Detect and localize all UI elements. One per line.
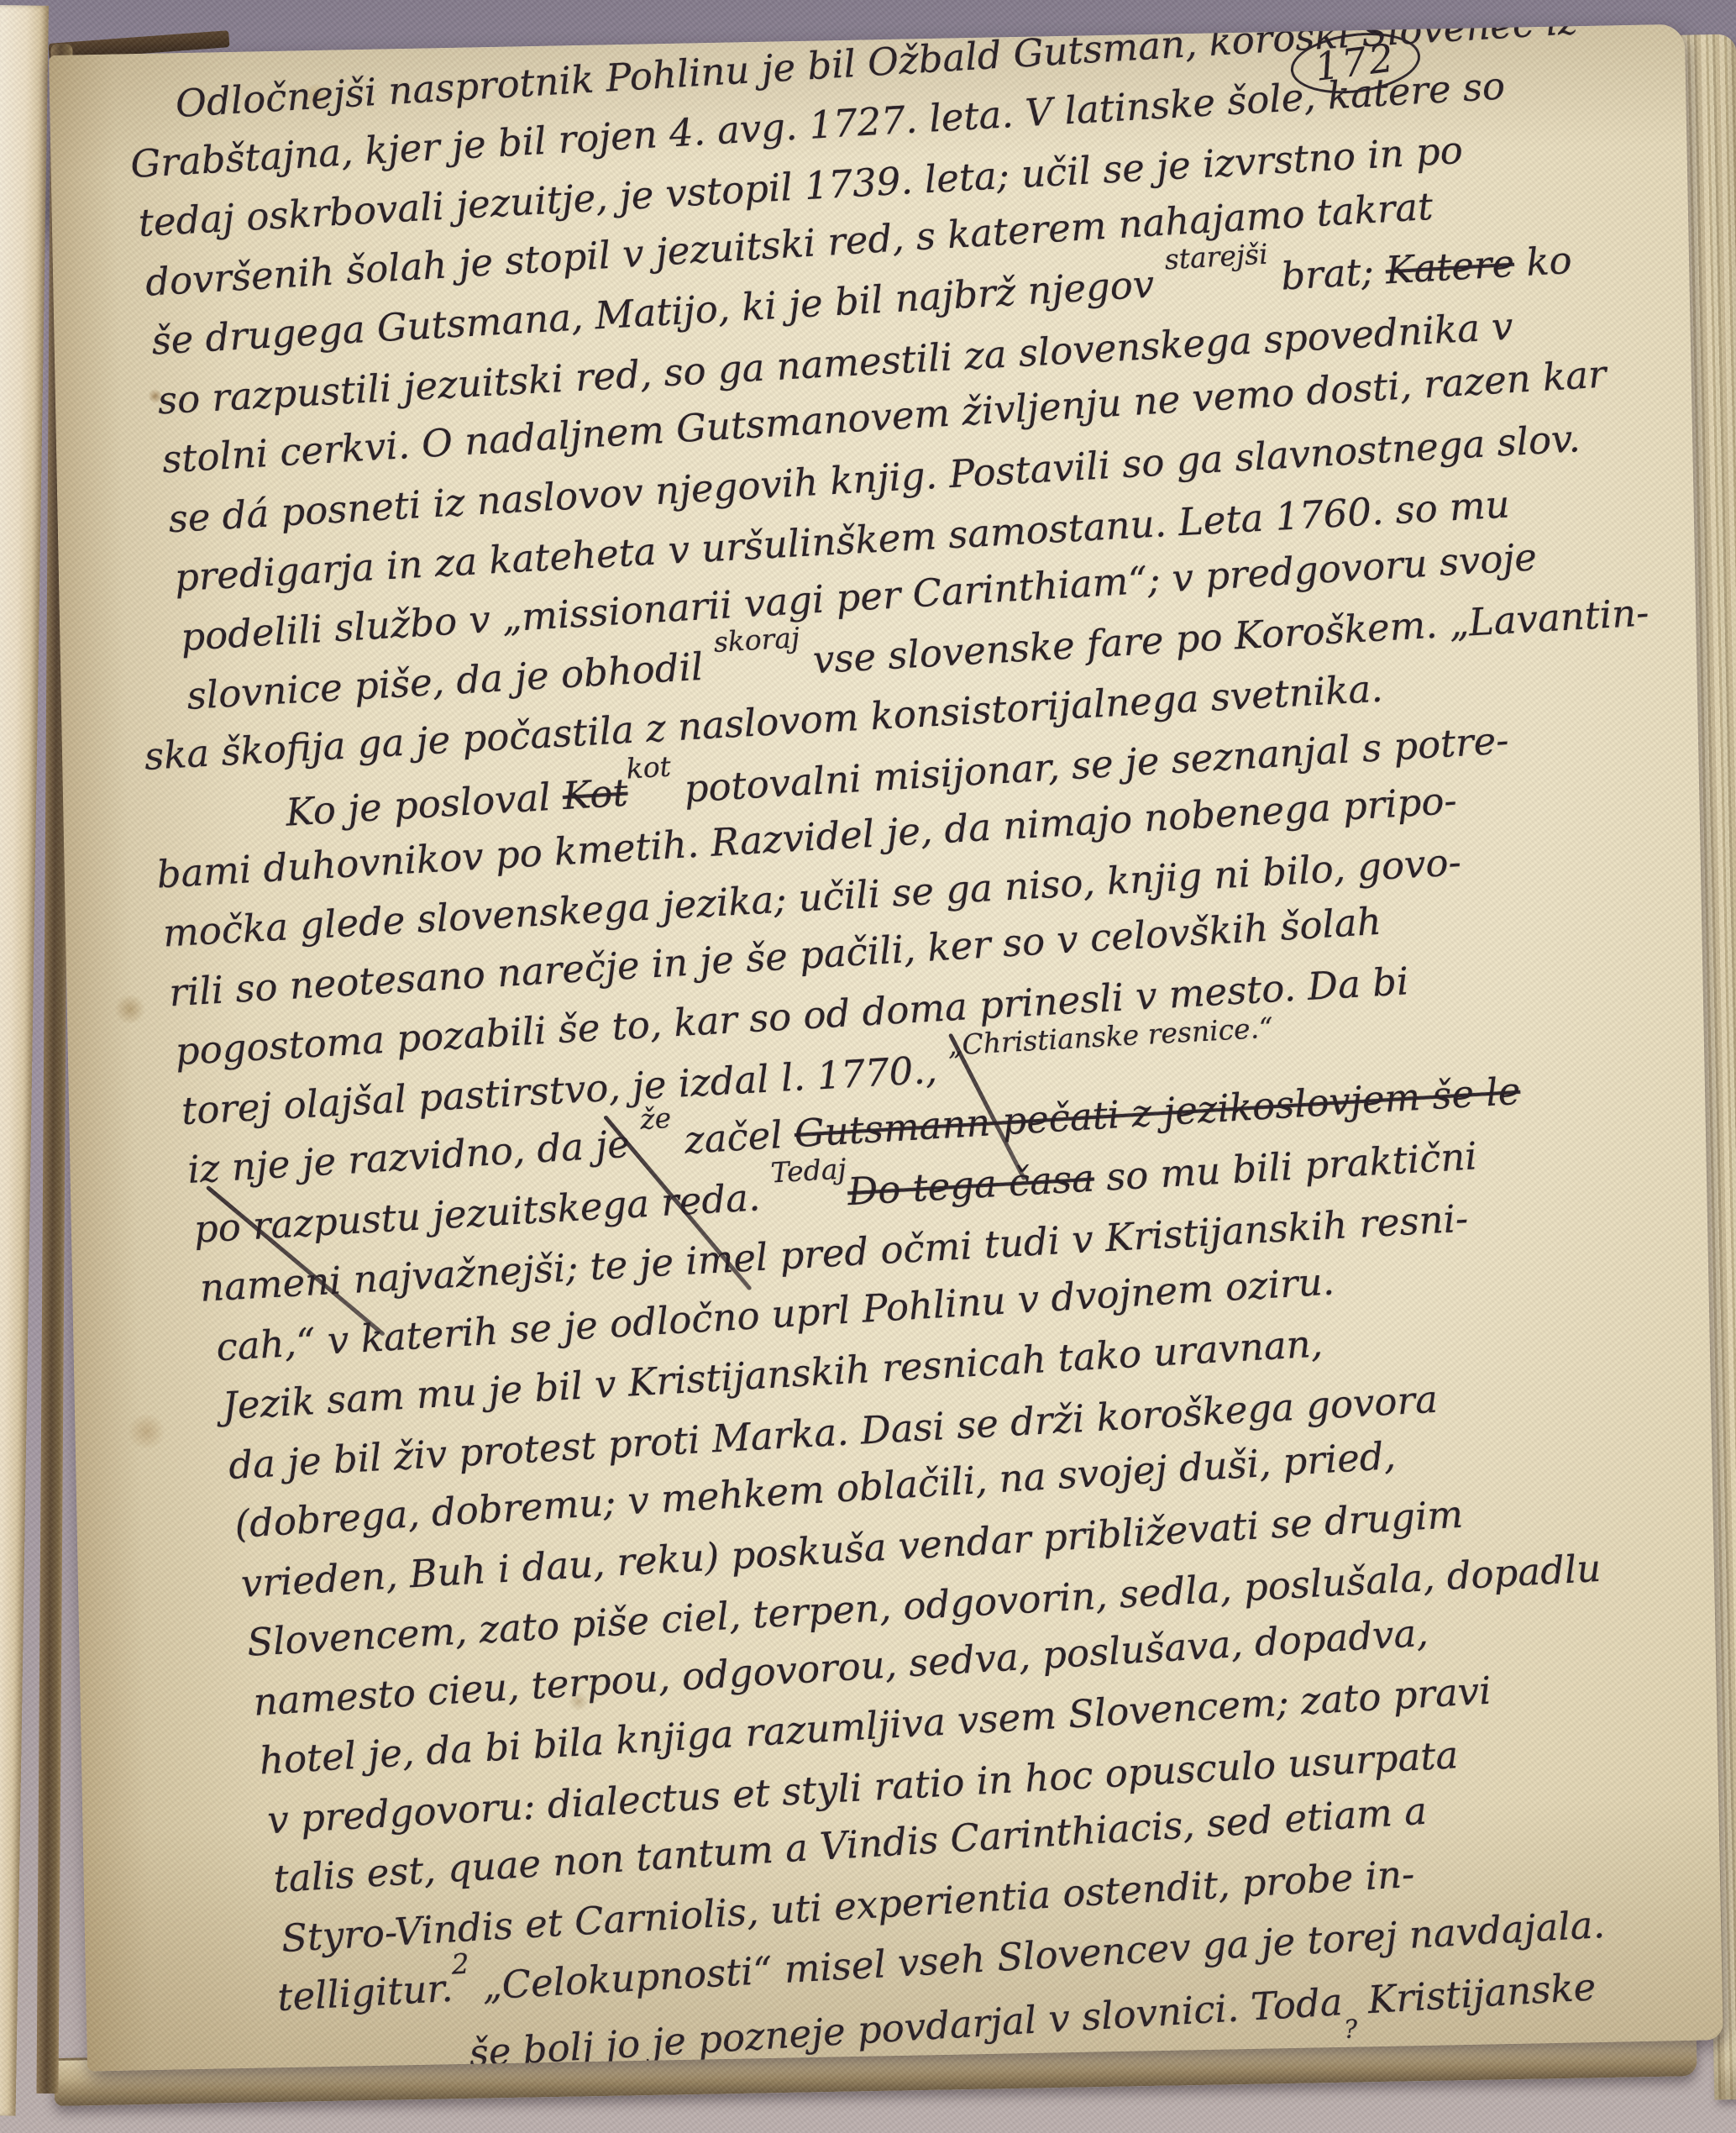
- inserted-word: že: [639, 1104, 672, 1133]
- inserted-word: Tedaj: [770, 1154, 847, 1186]
- inserted-word: skoraj: [713, 623, 800, 656]
- text-segment: iz nje je razvidno, da je: [186, 1121, 643, 1192]
- paper-stain: [113, 995, 147, 1024]
- annotation-mark: ?: [1343, 2017, 1358, 2043]
- manuscript-page: 172 Odločnejši nasprotnik Pohlinu je bil…: [49, 24, 1723, 2072]
- struck-word: Kot: [561, 770, 629, 819]
- text-segment: brat;: [1268, 249, 1387, 300]
- manuscript-photo: 172 Odločnejši nasprotnik Pohlinu je bil…: [0, 0, 1736, 2133]
- struck-word: Katere: [1384, 241, 1515, 293]
- manuscript-text: Odločnejši nasprotnik Pohlinu je bil Ožb…: [49, 24, 1685, 55]
- text-segment: Ko je posloval: [285, 774, 564, 834]
- inserted-word: kot: [626, 752, 672, 782]
- paper-stain: [125, 1415, 168, 1449]
- inserted-word: 2: [451, 1950, 470, 1978]
- text-segment: telligitur.: [276, 1966, 454, 2020]
- text-segment: so mu bili praktični: [1093, 1133, 1478, 1200]
- text-segment: ko: [1513, 238, 1573, 286]
- inserted-word: starejši: [1164, 240, 1269, 274]
- text-segment: Kristijanske: [1355, 1964, 1597, 2023]
- struck-word: Do tega časa: [847, 1155, 1096, 1214]
